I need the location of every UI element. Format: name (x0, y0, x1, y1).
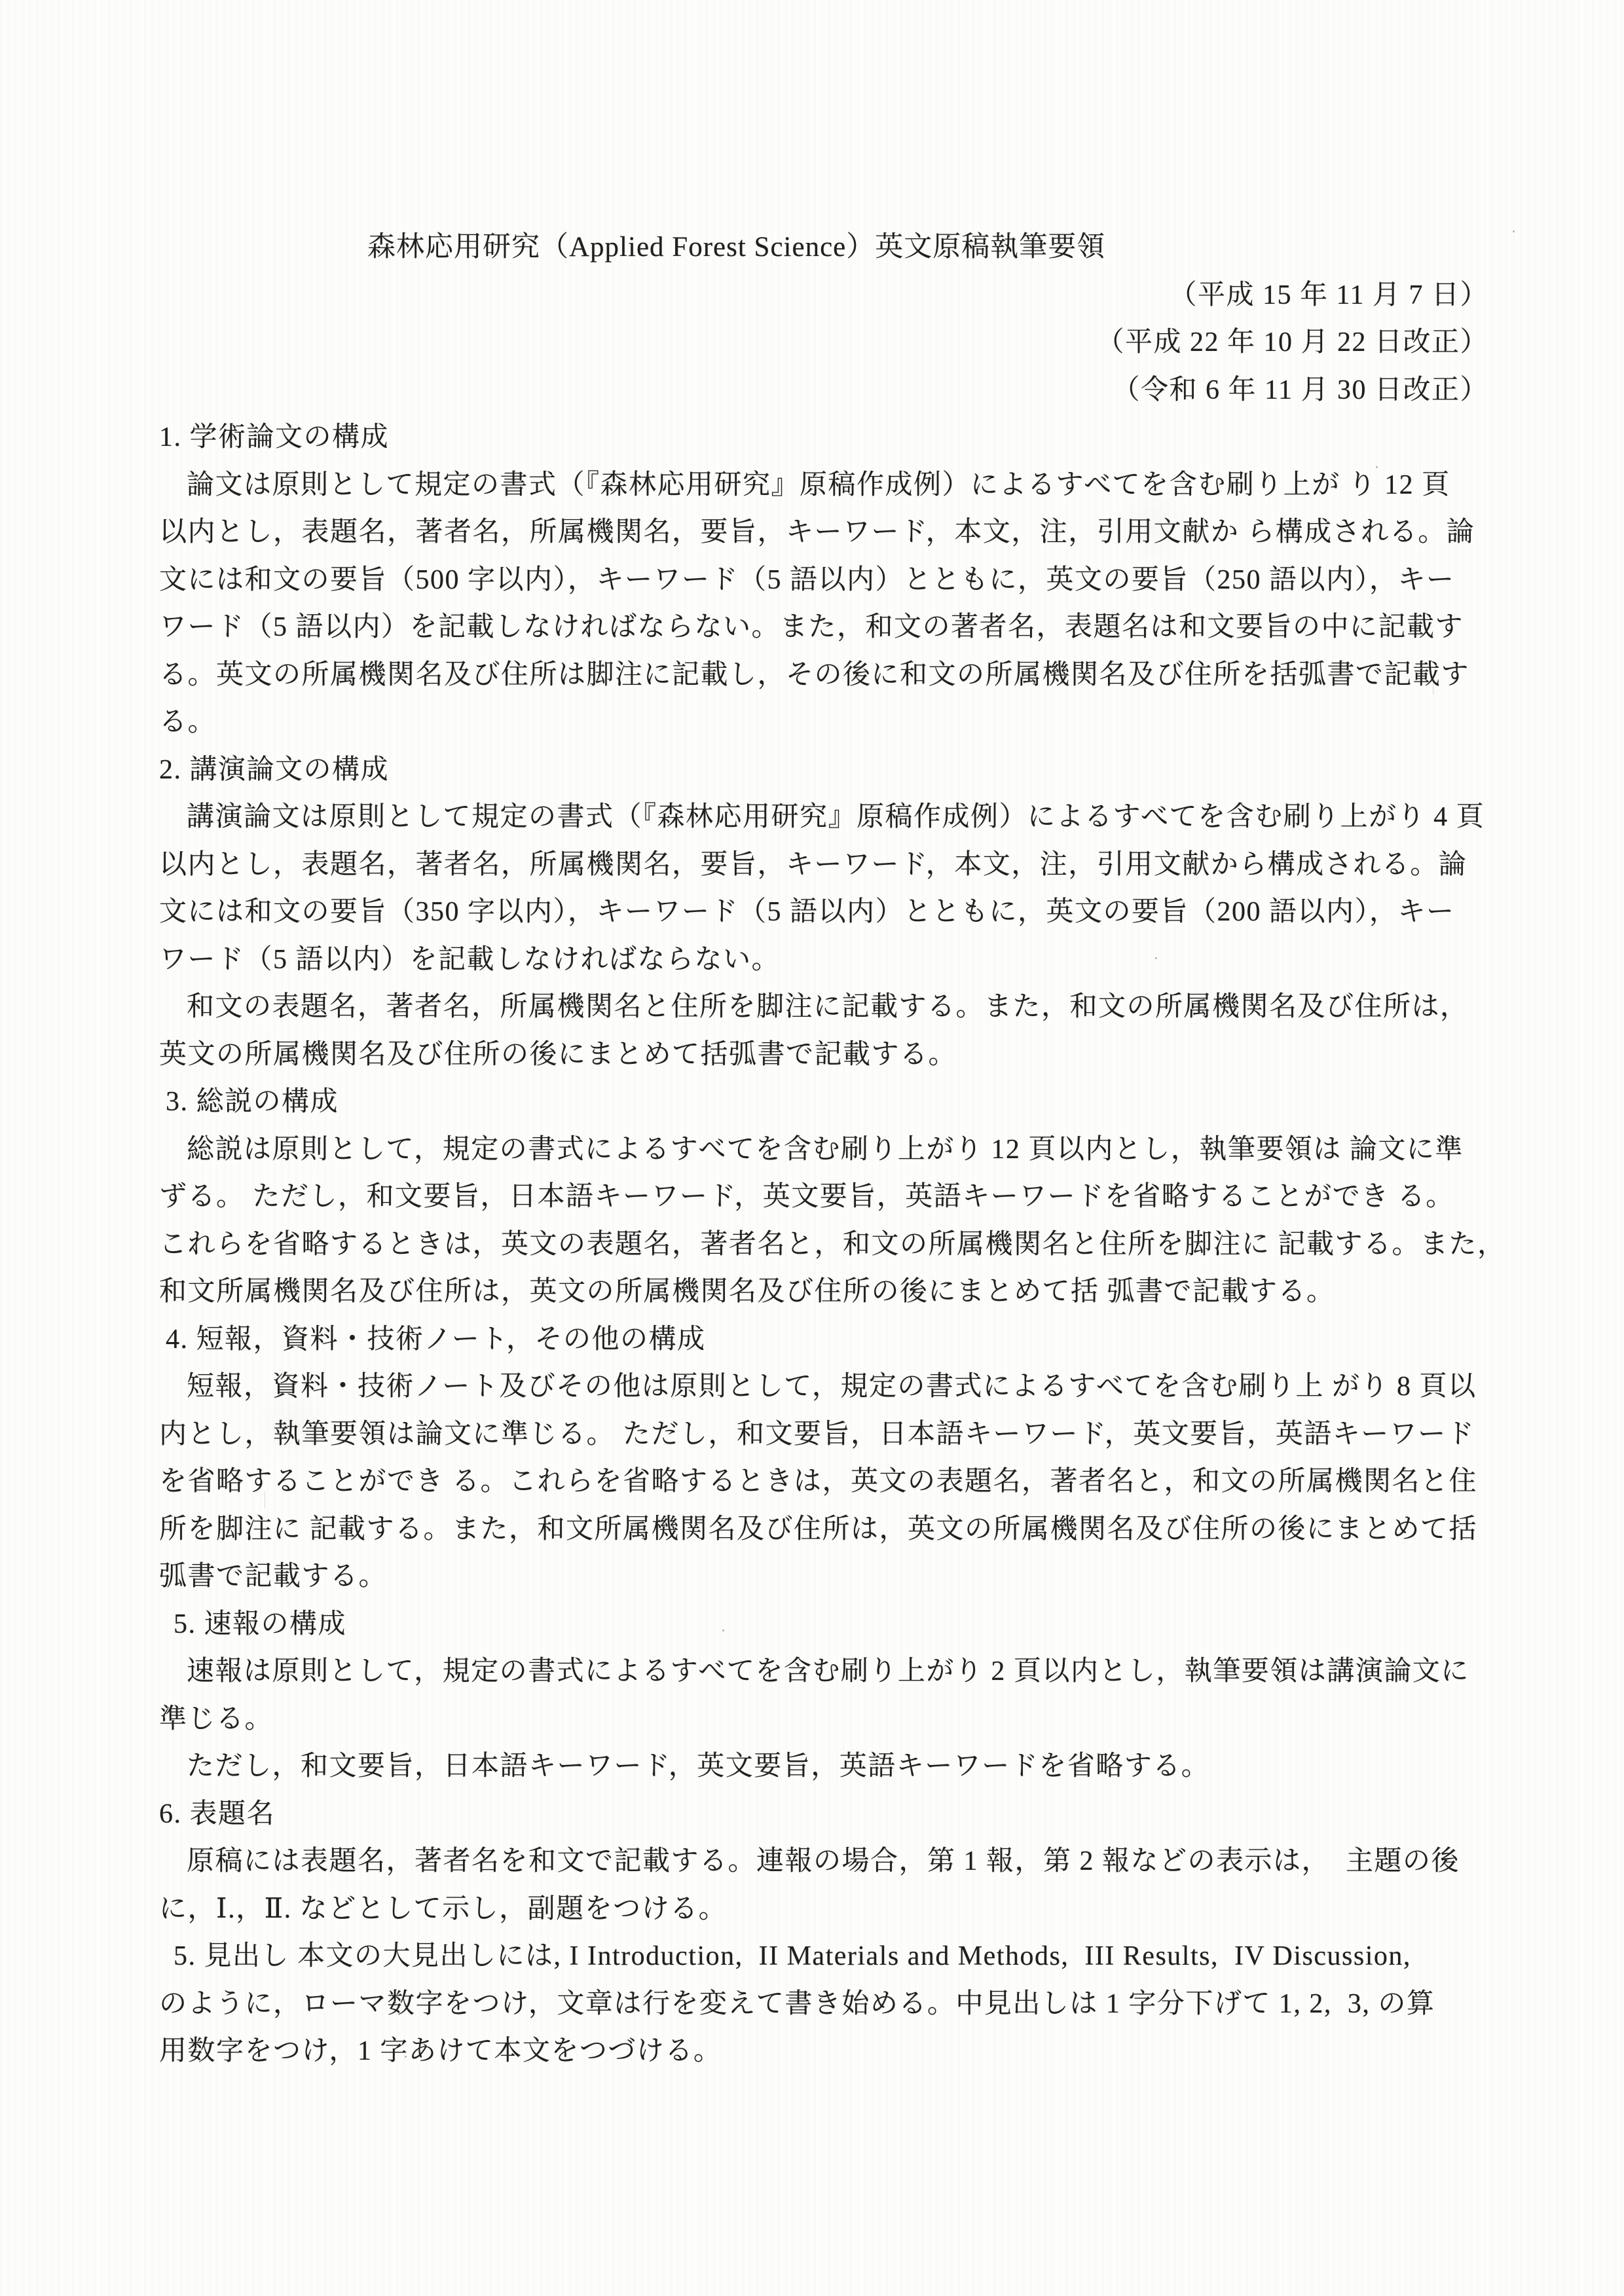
section-heading: 5. 速報の構成 (159, 1601, 1488, 1649)
text-line: に，Ⅰ.，Ⅱ. などとして示し，副題をつける。 (159, 1886, 1488, 1933)
scan-speck (722, 1630, 724, 1631)
text-line: る。英文の所属機関名及び住所は脚注に記載し，その後に和文の所属機関名及び住所を括… (159, 651, 1488, 699)
text-line: ずる。 ただし，和文要旨，日本語キーワード，英文要旨，英語キーワードを省略するこ… (159, 1173, 1488, 1221)
section-heading: 5. 見出し 本文の大見出しには, I Introduction, II Mat… (159, 1933, 1488, 1980)
text-line: 弧書で記載する。 (159, 1553, 1488, 1601)
section-heading: 3. 総説の構成 (159, 1078, 1488, 1126)
text-line: 文には和文の要旨（500 字以内），キーワード（5 語以内）とともに，英文の要旨… (159, 556, 1488, 604)
text-line: ワード（5 語以内）を記載しなければならない。 (159, 936, 1488, 984)
text-line: 所を脚注に 記載する。また，和文所属機関名及び住所は，英文の所属機関名及び住所の… (159, 1506, 1488, 1554)
scan-streak (1433, 678, 1433, 695)
section-heading: 1. 学術論文の構成 (159, 414, 1488, 462)
text-line: 以内とし，表題名，著者名，所属機関名，要旨，キーワード，本文，注，引用文献から構… (159, 841, 1488, 889)
text-line: 以内とし，表題名，著者名，所属機関名，要旨，キーワード，本文，注，引用文献か ら… (159, 509, 1488, 556)
text-line: 速報は原則として，規定の書式によるすべてを含む刷り上がり 2 頁以内とし，執筆要… (159, 1648, 1488, 1696)
text-line: 講演論文は原則として規定の書式（『森林応用研究』原稿作成例）によるすべてを含む刷… (159, 793, 1488, 841)
document-content: 森林応用研究（Applied Forest Science）英文原稿執筆要領 （… (159, 224, 1488, 2075)
text-line: 和文の表題名，著者名，所属機関名と住所を脚注に記載する。また，和文の所属機関名及… (159, 983, 1488, 1031)
text-line: を省略することができ る。これらを省略するときは，英文の表題名，著者名と，和文の… (159, 1458, 1488, 1506)
text-line: 短報，資料・技術ノート及びその他は原則として，規定の書式によるすべてを含む刷り上… (159, 1363, 1488, 1411)
text-line: 原稿には表題名，著者名を和文で記載する。連報の場合，第 1 報，第 2 報などの… (159, 1838, 1488, 1886)
text-line: る。 (159, 699, 1488, 746)
section-heading: 4. 短報，資料・技術ノート，その他の構成 (159, 1316, 1488, 1364)
revision-date: （平成 22 年 10 月 22 日改正） (159, 319, 1488, 367)
text-line: 英文の所属機関名及び住所の後にまとめて括弧書で記載する。 (159, 1031, 1488, 1079)
revision-date: （平成 15 年 11 月 7 日） (159, 272, 1488, 319)
text-line: 準じる。 (159, 1696, 1488, 1743)
text-line: 総説は原則として，規定の書式によるすべてを含む刷り上がり 12 頁以内とし，執筆… (159, 1126, 1488, 1174)
scan-speck (1155, 957, 1157, 959)
document-title: 森林応用研究（Applied Forest Science）英文原稿執筆要領 (159, 224, 1488, 272)
scanned-document-page: 森林応用研究（Applied Forest Science）英文原稿執筆要領 （… (0, 0, 1624, 2296)
text-line: ただし，和文要旨，日本語キーワード，英文要旨，英語キーワードを省略する。 (159, 1743, 1488, 1791)
text-lines: 1. 学術論文の構成論文は原則として規定の書式（『森林応用研究』原稿作成例）によ… (159, 414, 1488, 2075)
text-line: 用数字をつけ，1 字あけて本文をつづける。 (159, 2028, 1488, 2075)
scan-streak (265, 1491, 265, 1508)
scan-speck (405, 2056, 407, 2058)
text-line: ワード（5 語以内）を記載しなければならない。また，和文の著者名，表題名は和文要… (159, 604, 1488, 651)
scan-streak (1000, 1236, 1001, 1253)
text-line: のように，ローマ数字をつけ，文章は行を変えて書き始める。中見出しは 1 字分下げ… (159, 1980, 1488, 2028)
text-line: 文には和文の要旨（350 字以内），キーワード（5 語以内）とともに，英文の要旨… (159, 888, 1488, 936)
section-heading: 2. 講演論文の構成 (159, 746, 1488, 794)
revision-date: （令和 6 年 11 月 30 日改正） (159, 367, 1488, 414)
scan-speck (1513, 230, 1515, 232)
text-line: 内とし，執筆要領は論文に準じる。 ただし，和文要旨，日本語キーワード，英文要旨，… (159, 1411, 1488, 1459)
scan-speck (1376, 466, 1378, 468)
text-line: これらを省略するときは，英文の表題名，著者名と，和文の所属機関名と住所を脚注に … (159, 1221, 1488, 1269)
revision-dates: （平成 15 年 11 月 7 日）（平成 22 年 10 月 22 日改正）（… (159, 272, 1488, 414)
section-heading: 6. 表題名 (159, 1791, 1488, 1838)
text-line: 和文所属機関名及び住所は，英文の所属機関名及び住所の後にまとめて括 弧書で記載す… (159, 1268, 1488, 1316)
text-line: 論文は原則として規定の書式（『森林応用研究』原稿作成例）によるすべてを含む刷り上… (159, 462, 1488, 509)
